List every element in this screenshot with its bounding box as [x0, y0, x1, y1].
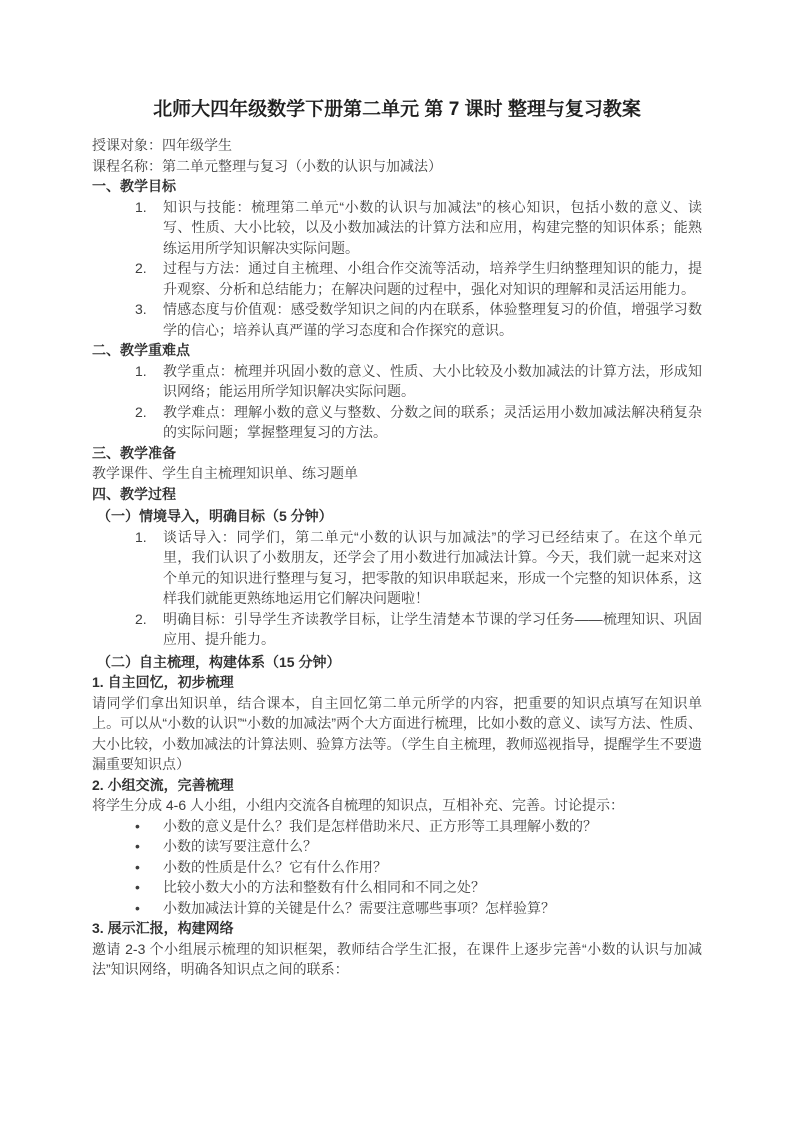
list-text: 明确目标：引导学生齐读教学目标，让学生清楚本节课的学习任务——梳理知识、巩固应用… [163, 609, 702, 650]
list-text: 情感态度与价值观：感受数学知识之间的内在联系，体验整理复习的价值，增强学习数学的… [163, 299, 702, 340]
keypoints-item-1: 1. 教学重点：梳理并巩固小数的意义、性质、大小比较及小数加减法的计算方法，形成… [92, 361, 702, 402]
list-text: 谈话导入：同学们，第二单元“小数的认识与加减法”的学习已经结束了。在这个单元里，… [163, 527, 702, 609]
discussion-bullet-3: • 小数的性质是什么？它有什么作用？ [92, 857, 702, 878]
step-heading-group-talk: 2. 小组交流，完善梳理 [92, 775, 702, 796]
step-group-talk-paragraph: 将学生分成 4-6 人小组，小组内交流各自梳理的知识点，互相补充、完善。讨论提示… [92, 795, 702, 816]
subsection-heading-intro: （一）情境导入，明确目标（5 分钟） [92, 506, 702, 527]
list-text: 过程与方法：通过自主梳理、小组合作交流等活动，培养学生归纳整理知识的能力，提升观… [163, 258, 702, 299]
list-number: 2. [135, 402, 163, 443]
bullet-icon: • [135, 836, 163, 857]
discussion-bullet-2: • 小数的读写要注意什么？ [92, 836, 702, 857]
list-number: 3. [135, 299, 163, 340]
meta-audience: 授课对象：四年级学生 [92, 135, 702, 156]
bullet-icon: • [135, 877, 163, 898]
list-number: 1. [135, 197, 163, 259]
section-heading-objectives: 一、教学目标 [92, 176, 702, 197]
objectives-item-3: 3. 情感态度与价值观：感受数学知识之间的内在联系，体验整理复习的价值，增强学习… [92, 299, 702, 340]
objectives-item-2: 2. 过程与方法：通过自主梳理、小组合作交流等活动，培养学生归纳整理知识的能力，… [92, 258, 702, 299]
bullet-icon: • [135, 816, 163, 837]
bullet-icon: • [135, 898, 163, 919]
meta-course: 课程名称：第二单元整理与复习（小数的认识与加减法） [92, 156, 702, 177]
list-number: 1. [135, 361, 163, 402]
list-text: 教学重点：梳理并巩固小数的意义、性质、大小比较及小数加减法的计算方法，形成知识网… [163, 361, 702, 402]
list-number: 2. [135, 258, 163, 299]
list-number: 1. [135, 527, 163, 609]
bullet-text: 小数加减法计算的关键是什么？需要注意哪些事项？怎样验算？ [163, 898, 702, 919]
section-heading-process: 四、教学过程 [92, 484, 702, 505]
step-recall-paragraph: 请同学们拿出知识单，结合课本，自主回忆第二单元所学的内容，把重要的知识点填写在知… [92, 693, 702, 775]
bullet-text: 小数的性质是什么？它有什么作用？ [163, 857, 702, 878]
bullet-text: 比较小数大小的方法和整数有什么相同和不同之处？ [163, 877, 702, 898]
bullet-text: 小数的意义是什么？我们是怎样借助米尺、正方形等工具理解小数的？ [163, 816, 702, 837]
discussion-bullet-4: • 比较小数大小的方法和整数有什么相同和不同之处？ [92, 877, 702, 898]
step-report-paragraph: 邀请 2-3 个小组展示梳理的知识框架，教师结合学生汇报，在课件上逐步完善“小数… [92, 939, 702, 980]
section-heading-key-points: 二、教学重难点 [92, 340, 702, 361]
preparation-paragraph: 教学课件、学生自主梳理知识单、练习题单 [92, 463, 702, 484]
discussion-bullet-5: • 小数加减法计算的关键是什么？需要注意哪些事项？怎样验算？ [92, 898, 702, 919]
list-text: 教学难点：理解小数的意义与整数、分数之间的联系；灵活运用小数加减法解决稍复杂的实… [163, 402, 702, 443]
bullet-icon: • [135, 857, 163, 878]
intro-item-2: 2. 明确目标：引导学生齐读教学目标，让学生清楚本节课的学习任务——梳理知识、巩… [92, 609, 702, 650]
discussion-bullet-1: • 小数的意义是什么？我们是怎样借助米尺、正方形等工具理解小数的？ [92, 816, 702, 837]
bullet-text: 小数的读写要注意什么？ [163, 836, 702, 857]
objectives-item-1: 1. 知识与技能：梳理第二单元“小数的认识与加减法”的核心知识，包括小数的意义、… [92, 197, 702, 259]
list-text: 知识与技能：梳理第二单元“小数的认识与加减法”的核心知识，包括小数的意义、读写、… [163, 197, 702, 259]
section-heading-preparation: 三、教学准备 [92, 443, 702, 464]
intro-item-1: 1. 谈话导入：同学们，第二单元“小数的认识与加减法”的学习已经结束了。在这个单… [92, 527, 702, 609]
document-title: 北师大四年级数学下册第二单元 第 7 课时 整理与复习教案 [92, 97, 702, 123]
list-number: 2. [135, 609, 163, 650]
document-page: 北师大四年级数学下册第二单元 第 7 课时 整理与复习教案 授课对象：四年级学生… [0, 0, 794, 1123]
step-heading-recall: 1. 自主回忆，初步梳理 [92, 672, 702, 693]
keypoints-item-2: 2. 教学难点：理解小数的意义与整数、分数之间的联系；灵活运用小数加减法解决稍复… [92, 402, 702, 443]
step-heading-report: 3. 展示汇报，构建网络 [92, 918, 702, 939]
subsection-heading-sorting: （二）自主梳理，构建体系（15 分钟） [92, 652, 702, 673]
